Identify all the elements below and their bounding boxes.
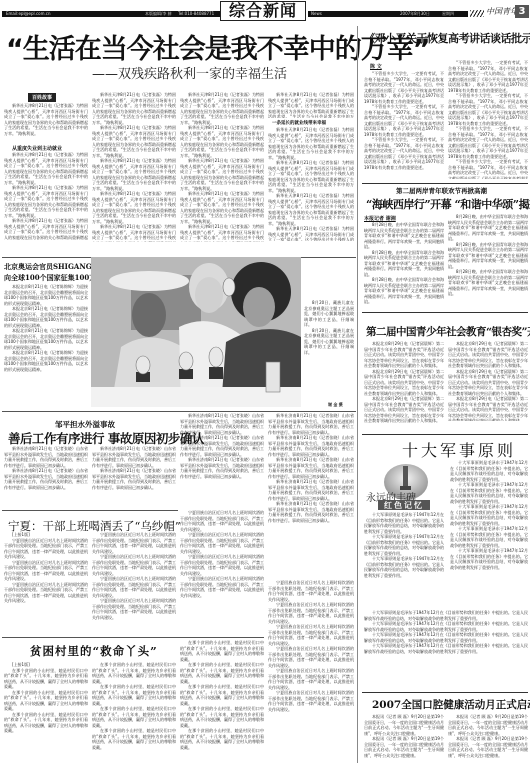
ginkgo-body-col2: 本报北京8月29日电（记者邱晨辉）第二届中国青少年社会教育“银杏奖”评选活动近日… [448,341,528,421]
accident-body-col2: 新华社济南8月21日电（记者张晓）山东省邹平县担水外溢事故发生后，当地政府迅速组… [92,446,176,506]
deng-headline: 《邓小平关于恢复高考讲话谈话批示集》出版 [364,30,530,46]
hatch-decoration [470,10,484,17]
military-body-col2: 十大军事原则是毛泽东于1947年12月在《目前形势和我们的任务》中提出的。它是人… [450,460,528,607]
straits-body-col1: 8月28日晚，由中华全国青年联合会和海峡两岸人民关系促进会联合主办的第二届两岸青… [364,222,444,305]
accident-headline: 善后工作有序进行 事故原因初步确认 [8,429,204,447]
military-image-banner: 红色记忆 [378,500,430,510]
deng-byline: 陈 文 [370,63,382,70]
straits-byline: 本报记者 谢湘 [364,215,396,222]
masthead-editor: 本版编辑/李 赫 [145,11,173,17]
column-divider [357,26,358,763]
rule-military [362,692,528,693]
accident-body-col3: 新华社济南8月21日电（记者张晓）山东省邹平县担水外溢事故发生后，当地政府迅速组… [180,413,264,506]
lead-body-col2: 新华社天津8月21日电（记者张磊）为特困残疾人提供“心桥”，天津市河西区马场街专… [92,92,176,242]
ginkgo-headline: 第二届中国青少年社会教育“银杏奖”开评 [366,324,530,339]
oral-health-headline: 2007全国口腔健康活动月正式启动 [372,697,530,712]
news-photo [91,257,301,407]
oral-health-body-col1: 本报讯（记者 顾 磊）9月20日是第19个全国爱牙日，一年一度的全国口腔健康活动… [364,714,444,762]
masthead-date: 2007年8月30日 [400,11,438,17]
military-body-bottom: 十大军事原则是毛泽东于1947年12月在《目前形势和我们的任务》中提出的。它是人… [364,610,528,690]
lead-subheadline: ——双残疾路秋利一家的幸福生活 [92,63,287,82]
photo-credit: 谢 金 摄 [328,402,354,408]
rule-photo-bottom [2,411,356,412]
deng-body-col1: “不管招多少大学生，一定要有考试，不合格不能录取。”1977年，邓小平同志恢复高… [364,71,444,179]
accident-body-col4: 新华社济南8月21日电（记者张晓）山东省邹平县担水外溢事故发生后，当地政府迅速组… [268,413,354,576]
olympic-body: 本报北京8月21日电（记者陈锦辉）为迎接北京奥运会的召开，北京奥运会雕塑展将面向… [4,284,88,404]
military-image: 永远的丰碑 红色记忆 [364,462,446,510]
page-number: 3 [515,5,529,18]
rule-ningxia [2,637,264,638]
poverty-body-col3: 在那个贫困的小山村里，她是村民们口中的“救命丫头”。十几年来，她坚持为乡亲们看病… [180,640,264,762]
lead-body-col3: 新华社天津8月21日电（记者张磊）为特困残疾人提供“心桥”，天津市河西区马场街专… [180,92,264,242]
straits-kicker: 第二届两岸青年联欢节再掀高潮 [396,186,487,195]
masthead-section-en: News [311,11,331,17]
ningxia-body-col4: 宁夏回族自治区近日对几名上班时间饮酒的干部作出免职处理。当地纪检部门表示，严禁工… [268,580,354,760]
lead-body-col4a: 新华社天津8月21日电（记者张磊）为特困残疾人提供“心桥”，天津市河西区马场街专… [268,92,354,118]
ginkgo-body-col1: 本报北京8月29日电（记者邱晨辉）第二届中国青少年社会教育“银杏奖”评选活动近日… [364,341,444,431]
lead-body-col1: 新华社天津8月21日电（记者张磊）为特困残疾人提供“心桥”，天津市河西区马场街专… [4,103,88,143]
masthead-phone: Tel:010-84088771 [178,11,220,17]
ningxia-body-col2: 宁夏回族自治区近日对几名上班时间饮酒的干部作出免职处理。当地纪检部门表示，严禁工… [92,532,176,632]
rule-deng [362,183,528,184]
section-title: 综合新闻 [220,1,306,21]
deng-body-col2: “不管招多少大学生，一定要有考试，不合格不能录取。”1977年，邓小平同志恢复高… [448,60,528,179]
ningxia-body-col3: 宁夏回族自治区近日对几名上班时间饮酒的干部作出免职处理。当地纪检部门表示，严禁工… [180,510,264,632]
straits-headline: “海峡西岸行”开幕 “和谐中华颂”揭彩 [366,196,530,212]
rule-accident [2,510,178,511]
military-headline: 十大军事原则 [402,438,516,461]
rule-straits [362,312,528,313]
poverty-body-col2: 在那个贫困的小山村里，她是村民们口中的“救命丫头”。十几年来，她坚持为乡亲们看病… [92,662,176,762]
military-body-col1: 十大军事原则是毛泽东于1947年12月在《目前形势和我们的任务》中提出的。它是人… [364,512,444,607]
lead-crosshead-1: 从重度失业到主动就业 [12,145,62,152]
ningxia-body-col1: [上接1版]宁夏回族自治区近日对几名上班时间饮酒的干部作出免职处理。当地纪检部门… [4,532,88,632]
children-with-crafts-photo [91,257,301,407]
accident-body-col1: 新华社济南8月21日电（记者张晓）山东省邹平县担水外溢事故发生后，当地政府迅速组… [4,446,88,506]
lead-body-col4b: 新华社天津8月21日电（记者张磊）为特困残疾人提供“心桥”，天津市河西区马场街专… [268,127,354,241]
oral-health-body-col2: 本报讯（记者 顾 磊）9月20日是第19个全国爱牙日，一年一度的全国口腔健康活动… [448,714,528,762]
lead-body-col1b: 新华社天津8月21日电（记者张磊）为特困残疾人提供“心桥”，天津市河西区马场街专… [4,152,88,240]
poverty-headline: 贫困村里的“救命丫头” [30,643,158,659]
lead-crosshead-2: 一条延长的就业线带来幸福 [272,120,326,126]
poverty-body-col1: [上接1版]在那个贫困的小山村里，她是村民们口中的“救命丫头”。十几年来，她坚持… [4,662,88,762]
masthead-weekday: 星期四 [442,11,462,17]
masthead-email: Email:epl@epl.com.cn [6,11,66,17]
lead-tag: 百姓故事 [28,93,56,102]
photo-caption: 8月20日，藏族儿童在北京参观奥运主题工艺品展览，她们小心翼翼地捧起玻璃罩中的工… [304,300,354,400]
straits-body-col2: 8月28日晚，由中华全国青年联合会和海峡两岸人民关系促进会联合主办的第二届两岸青… [448,214,528,305]
masthead: Email:epl@epl.com.cn 本版编辑/李 赫 Tel:010-84… [0,0,530,22]
rule-ginkgo [362,434,528,435]
